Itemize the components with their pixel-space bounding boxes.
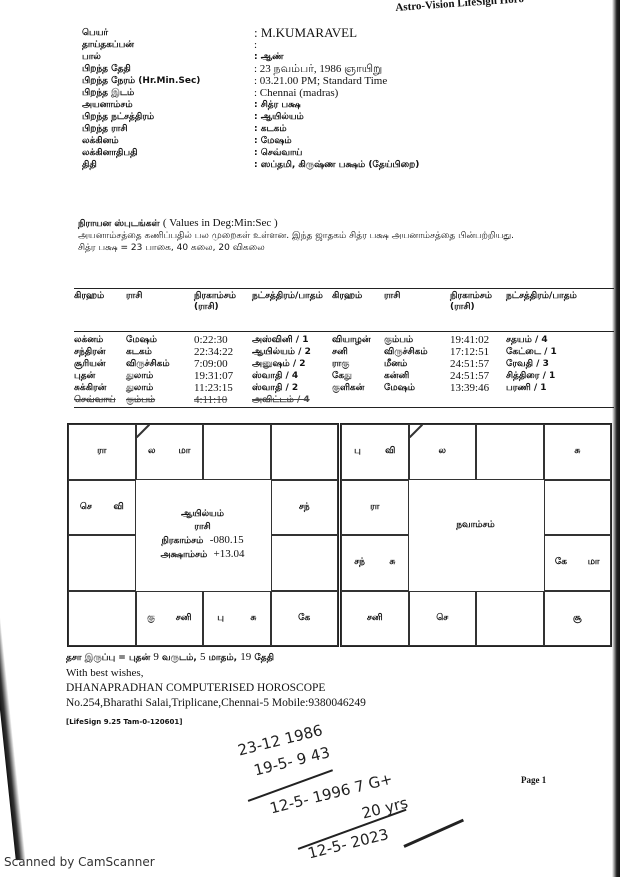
- table-cell: மேஷம்: [126, 334, 194, 346]
- house-viruchigam: செ: [409, 591, 477, 647]
- planet-abbrev: ரா: [370, 502, 379, 513]
- planet-abbrev: ல: [439, 446, 446, 457]
- column-header: நட்சத்திரம்/பாதம்: [252, 291, 332, 331]
- detail-value: : கடகம்: [254, 123, 287, 135]
- table-cell: குளிகன்: [332, 382, 384, 394]
- table-cell: 24:51:57: [450, 358, 506, 370]
- dasa-label: தசா இருப்பு = புதன்: [66, 653, 150, 663]
- dasa-days: 19: [240, 651, 251, 663]
- planet-abbrev: செ: [80, 502, 92, 513]
- house-simham: [271, 535, 339, 591]
- nirayana-section: நிராயன ஸ்புடங்கள் ( Values in Deg:Min:Se…: [78, 217, 598, 254]
- planet-abbrev: சு: [389, 557, 395, 568]
- table-cell: 4:11:10: [194, 394, 252, 406]
- detail-row: பிறந்த தேதி: 23 நவம்பர், 1986 ஞாயிறு: [82, 63, 502, 75]
- detail-label: பெயர்: [82, 27, 254, 39]
- detail-label: பிறந்த நேரம் (Hr.Min.Sec): [82, 75, 254, 87]
- house-kanni: சூ: [544, 591, 612, 647]
- table-cell: செவ்வாய்: [74, 394, 126, 406]
- table-cell: சுக்கிரன்: [74, 382, 126, 394]
- table-cell: [384, 394, 450, 406]
- detail-label: பிறந்த தேதி: [82, 63, 254, 75]
- table-cell: 22:34:22: [194, 346, 252, 358]
- table-cell: கேது: [332, 370, 384, 382]
- planet-abbrev: சு: [574, 446, 580, 457]
- table-cell: ஆயில்யம் / 2: [252, 346, 332, 358]
- house-viruchigam: குசனி: [136, 591, 204, 647]
- detail-value: : 23 நவம்பர், 1986 ஞாயிறு: [254, 63, 382, 75]
- detail-value: :: [254, 39, 257, 51]
- column-header: ராசி: [126, 291, 194, 331]
- house-kanni: கே: [271, 591, 339, 647]
- table-cell: [506, 394, 596, 406]
- table-cell: 24:51:57: [450, 370, 506, 382]
- house-thulam: [476, 591, 544, 647]
- dasa-days-unit: தேதி: [254, 653, 274, 663]
- rasi-star: ஆயில்யம்: [181, 508, 224, 521]
- table-cell: கேட்டை / 1: [506, 346, 596, 358]
- table-cell: 19:31:07: [194, 370, 252, 382]
- ayanamsa-note: அயனாம்சத்தை கணிப்பதில் பல முறைகள் உள்ளன.…: [78, 230, 598, 242]
- table-cell: ரேவதி / 3: [506, 358, 596, 370]
- table-cell: ஸ்வாதி / 2: [252, 382, 332, 394]
- detail-row: தாய்தகப்பன்:: [82, 39, 502, 51]
- table-cell: அவிட்டம் / 4: [252, 394, 332, 406]
- table-cell: வியாழன்: [332, 334, 384, 346]
- planet-abbrev: மா: [179, 446, 191, 457]
- table-cell: சூரியன்: [74, 358, 126, 370]
- house-thulam: புசு: [203, 591, 271, 647]
- detail-row: லக்கினம்: மேஷம்: [82, 135, 502, 147]
- detail-row: பிறந்த நட்சத்திரம்: ஆயில்யம்: [82, 111, 502, 123]
- table-cell: 19:41:02: [450, 334, 506, 346]
- detail-value: : Chennai (madras): [254, 87, 338, 99]
- planet-abbrev: கே: [298, 613, 310, 624]
- house-simham: கேமா: [544, 535, 612, 591]
- house-meenam: புவி: [341, 424, 409, 480]
- house-mesham: லமா: [136, 424, 204, 480]
- house-kumbam: ரா: [341, 480, 409, 536]
- planet-abbrev: சந்: [354, 557, 365, 568]
- detail-row: பெயர்: M.KUMARAVEL: [82, 27, 502, 39]
- column-header: நிரகாம்சம் (ராசி): [194, 291, 252, 331]
- company-name: DHANAPRADHAN COMPUTERISED HOROSCOPE: [66, 681, 366, 696]
- planet-abbrev: பு: [217, 613, 224, 624]
- table-cell: துலாம்: [126, 370, 194, 382]
- footer: தசா இருப்பு = புதன் 9 வருடம், 5 மாதம், 1…: [66, 650, 366, 730]
- table-row: சந்திரன்கடகம்22:34:22ஆயில்யம் / 2சனிவிரு…: [74, 346, 614, 358]
- table-cell: [332, 394, 384, 406]
- planet-abbrev: சு: [250, 613, 256, 624]
- planet-abbrev: சந்: [299, 502, 310, 513]
- rasi-label: ராசி: [194, 521, 210, 534]
- table-cell: சனி: [332, 346, 384, 358]
- house-mesham: ல: [409, 424, 477, 480]
- detail-value: : மேஷம்: [254, 135, 292, 147]
- house-makaram: சந்சு: [341, 535, 409, 591]
- planet-abbrev: சனி: [176, 613, 192, 624]
- birth-details: பெயர்: M.KUMARAVELதாய்தகப்பன்:பால்: ஆண்ப…: [82, 27, 502, 171]
- software-brand: Astro-Vision LifeSign Horo: [395, 0, 524, 14]
- table-cell: 0:22:30: [194, 334, 252, 346]
- table-header: கிரஹம்ராசிநிரகாம்சம் (ராசி)நட்சத்திரம்/ப…: [74, 288, 614, 332]
- house-rishabam: [203, 424, 271, 480]
- column-header: நட்சத்திரம்/பாதம்: [506, 291, 596, 331]
- house-dhanus: [68, 591, 136, 647]
- house-rishabam: [476, 424, 544, 480]
- detail-row: பிறந்த இடம்: Chennai (madras): [82, 87, 502, 99]
- navamsa-chart-center: நவாம்சம்: [408, 479, 543, 591]
- table-cell: புதன்: [74, 370, 126, 382]
- planet-position-table: கிரஹம்ராசிநிரகாம்சம் (ராசி)நட்சத்திரம்/ப…: [74, 288, 614, 408]
- house-kumbam: செவி: [68, 480, 136, 536]
- company-address: No.254,Bharathi Salai,Triplicane,Chennai…: [66, 696, 366, 711]
- rasi-chart-center: ஆயில்யம் ராசி நிரகாம்சம் -080.15 அக்ஷாம்…: [135, 479, 270, 591]
- detail-label: தாய்தகப்பன்: [82, 39, 254, 51]
- detail-row: பால்: ஆண்: [82, 51, 502, 63]
- table-cell: மேஷம்: [384, 382, 450, 394]
- table-cell: கடகம்: [126, 346, 194, 358]
- greeting: With best wishes,: [66, 666, 366, 681]
- table-row: லக்னம்மேஷம்0:22:30அஸ்வினி / 1வியாழன்கும்…: [74, 334, 614, 346]
- detail-label: லக்கினாதிபதி: [82, 147, 254, 159]
- nirayana-title: நிராயன ஸ்புடங்கள் ( Values in Deg:Min:Se…: [78, 217, 598, 230]
- house-kadagam: சந்: [271, 480, 339, 536]
- planet-abbrev: பு: [354, 446, 361, 457]
- latitude-label: அக்ஷாம்சம்: [161, 550, 208, 560]
- detail-value: : ஆண்: [254, 51, 284, 63]
- table-cell: 7:09:00: [194, 358, 252, 370]
- page-number: Page 1: [521, 775, 546, 785]
- dasa-months: 5: [200, 651, 206, 663]
- detail-label: திதி: [82, 159, 254, 171]
- house-kadagam: [544, 480, 612, 536]
- table-cell: மீனம்: [384, 358, 450, 370]
- dasa-years: 9: [153, 651, 159, 663]
- latitude-value: +13.04: [214, 548, 245, 560]
- navamsa-label: நவாம்சம்: [456, 519, 495, 532]
- column-header: நிரகாம்சம் (ராசி): [450, 291, 506, 331]
- planet-abbrev: செ: [436, 613, 448, 624]
- table-cell: சித்திரை / 1: [506, 370, 596, 382]
- detail-label: பிறந்த இடம்: [82, 87, 254, 99]
- nirayana-title-en: ( Values in Deg:Min:Sec ): [163, 217, 278, 229]
- column-header: கிரஹம்: [74, 291, 126, 331]
- scanner-watermark: Scanned by CamScanner: [4, 855, 155, 869]
- column-header: கிரஹம்: [332, 291, 384, 331]
- detail-row: அயனாம்சம்: சித்ர பக்ஷ: [82, 99, 502, 111]
- detail-value: : ஸப்தமி, கிருஷ்ண பக்ஷம் (தேய்பிறை): [254, 159, 419, 171]
- house-mithunam: [271, 424, 339, 480]
- scan-edge-shadow: [612, 0, 620, 877]
- nirayana-title-ta: நிராயன ஸ்புடங்கள்: [78, 219, 160, 229]
- planet-abbrev: சூ: [573, 613, 582, 624]
- longitude-value: -080.15: [210, 534, 244, 546]
- table-row: புதன்துலாம்19:31:07ஸ்வாதி / 4கேதுகன்னி24…: [74, 370, 614, 382]
- detail-value: : சித்ர பக்ஷ: [254, 99, 301, 111]
- detail-label: லக்கினம்: [82, 135, 254, 147]
- planet-abbrev: வி: [385, 446, 395, 457]
- table-row: செவ்வாய்கும்பம்4:11:10அவிட்டம் / 4: [74, 394, 614, 406]
- longitude-label: நிரகாம்சம்: [161, 536, 203, 546]
- table-cell: கும்பம்: [384, 334, 450, 346]
- detail-label: அயனாம்சம்: [82, 99, 254, 111]
- table-cell: அஸ்வினி / 1: [252, 334, 332, 346]
- table-row: சுக்கிரன்துலாம்11:23:15ஸ்வாதி / 2குளிகன்…: [74, 382, 614, 394]
- planet-abbrev: சனி: [367, 613, 383, 624]
- column-header: ராசி: [384, 291, 450, 331]
- detail-row: பிறந்த நேரம் (Hr.Min.Sec): 03.21.00 PM; …: [82, 75, 502, 87]
- house-makaram: [68, 535, 136, 591]
- table-cell: விருச்சிகம்: [126, 358, 194, 370]
- planet-abbrev: கே: [555, 557, 567, 568]
- dasa-months-unit: மாதம்,: [209, 653, 237, 663]
- dasa-balance: தசா இருப்பு = புதன் 9 வருடம், 5 மாதம், 1…: [66, 650, 366, 666]
- detail-value: : 03.21.00 PM; Standard Time: [254, 75, 387, 87]
- table-cell: கன்னி: [384, 370, 450, 382]
- table-cell: சந்திரன்: [74, 346, 126, 358]
- table-cell: பரணி / 1: [506, 382, 596, 394]
- table-cell: ஸ்வாதி / 4: [252, 370, 332, 382]
- table-cell: ராகு: [332, 358, 384, 370]
- detail-row: லக்கினாதிபதி: செவ்வாய்: [82, 147, 502, 159]
- dasa-years-unit: வருடம்,: [162, 653, 197, 663]
- table-cell: லக்னம்: [74, 334, 126, 346]
- table-cell: 13:39:46: [450, 382, 506, 394]
- navamsa-chart: சூசெசனிகேமாசந்சுராசுலபுவி நவாம்சம்: [340, 423, 612, 647]
- planet-abbrev: வி: [113, 502, 123, 513]
- table-row: சூரியன்விருச்சிகம்7:09:00அனுஷம் / 2ராகும…: [74, 358, 614, 370]
- planet-abbrev: ல: [148, 446, 155, 457]
- table-cell: 17:12:51: [450, 346, 506, 358]
- detail-value: : ஆயில்யம்: [254, 111, 304, 123]
- planet-abbrev: கு: [147, 613, 155, 624]
- planet-abbrev: மா: [588, 557, 600, 568]
- table-cell: விருச்சிகம்: [384, 346, 450, 358]
- detail-value: : செவ்வாய்: [254, 147, 302, 159]
- detail-label: பிறந்த ராசி: [82, 123, 254, 135]
- ayanamsa-value: சித்ர பக்ஷ = 23 பாகை, 40 கலை, 20 விகலை: [78, 242, 598, 254]
- table-cell: [450, 394, 506, 406]
- house-mithunam: சு: [544, 424, 612, 480]
- detail-row: திதி: ஸப்தமி, கிருஷ்ண பக்ஷம் (தேய்பிறை): [82, 159, 502, 171]
- house-dhanus: சனி: [341, 591, 409, 647]
- house-meenam: ரா: [68, 424, 136, 480]
- handwritten-years: 20 yrs: [360, 794, 410, 823]
- table-cell: சதயம் / 4: [506, 334, 596, 346]
- scan-edge-shadow-left: [0, 560, 26, 860]
- detail-row: பிறந்த ராசி: கடகம்: [82, 123, 502, 135]
- table-cell: 11:23:15: [194, 382, 252, 394]
- table-cell: கும்பம்: [126, 394, 194, 406]
- table-cell: அனுஷம் / 2: [252, 358, 332, 370]
- detail-label: பால்: [82, 51, 254, 63]
- table-cell: துலாம்: [126, 382, 194, 394]
- planet-abbrev: ரா: [97, 446, 106, 457]
- detail-label: பிறந்த நட்சத்திரம்: [82, 111, 254, 123]
- rasi-chart: கேபுசுகுசனிசந்செவிலமாரா ஆயில்யம் ராசி நி…: [67, 423, 339, 647]
- detail-value: : M.KUMARAVEL: [254, 27, 357, 39]
